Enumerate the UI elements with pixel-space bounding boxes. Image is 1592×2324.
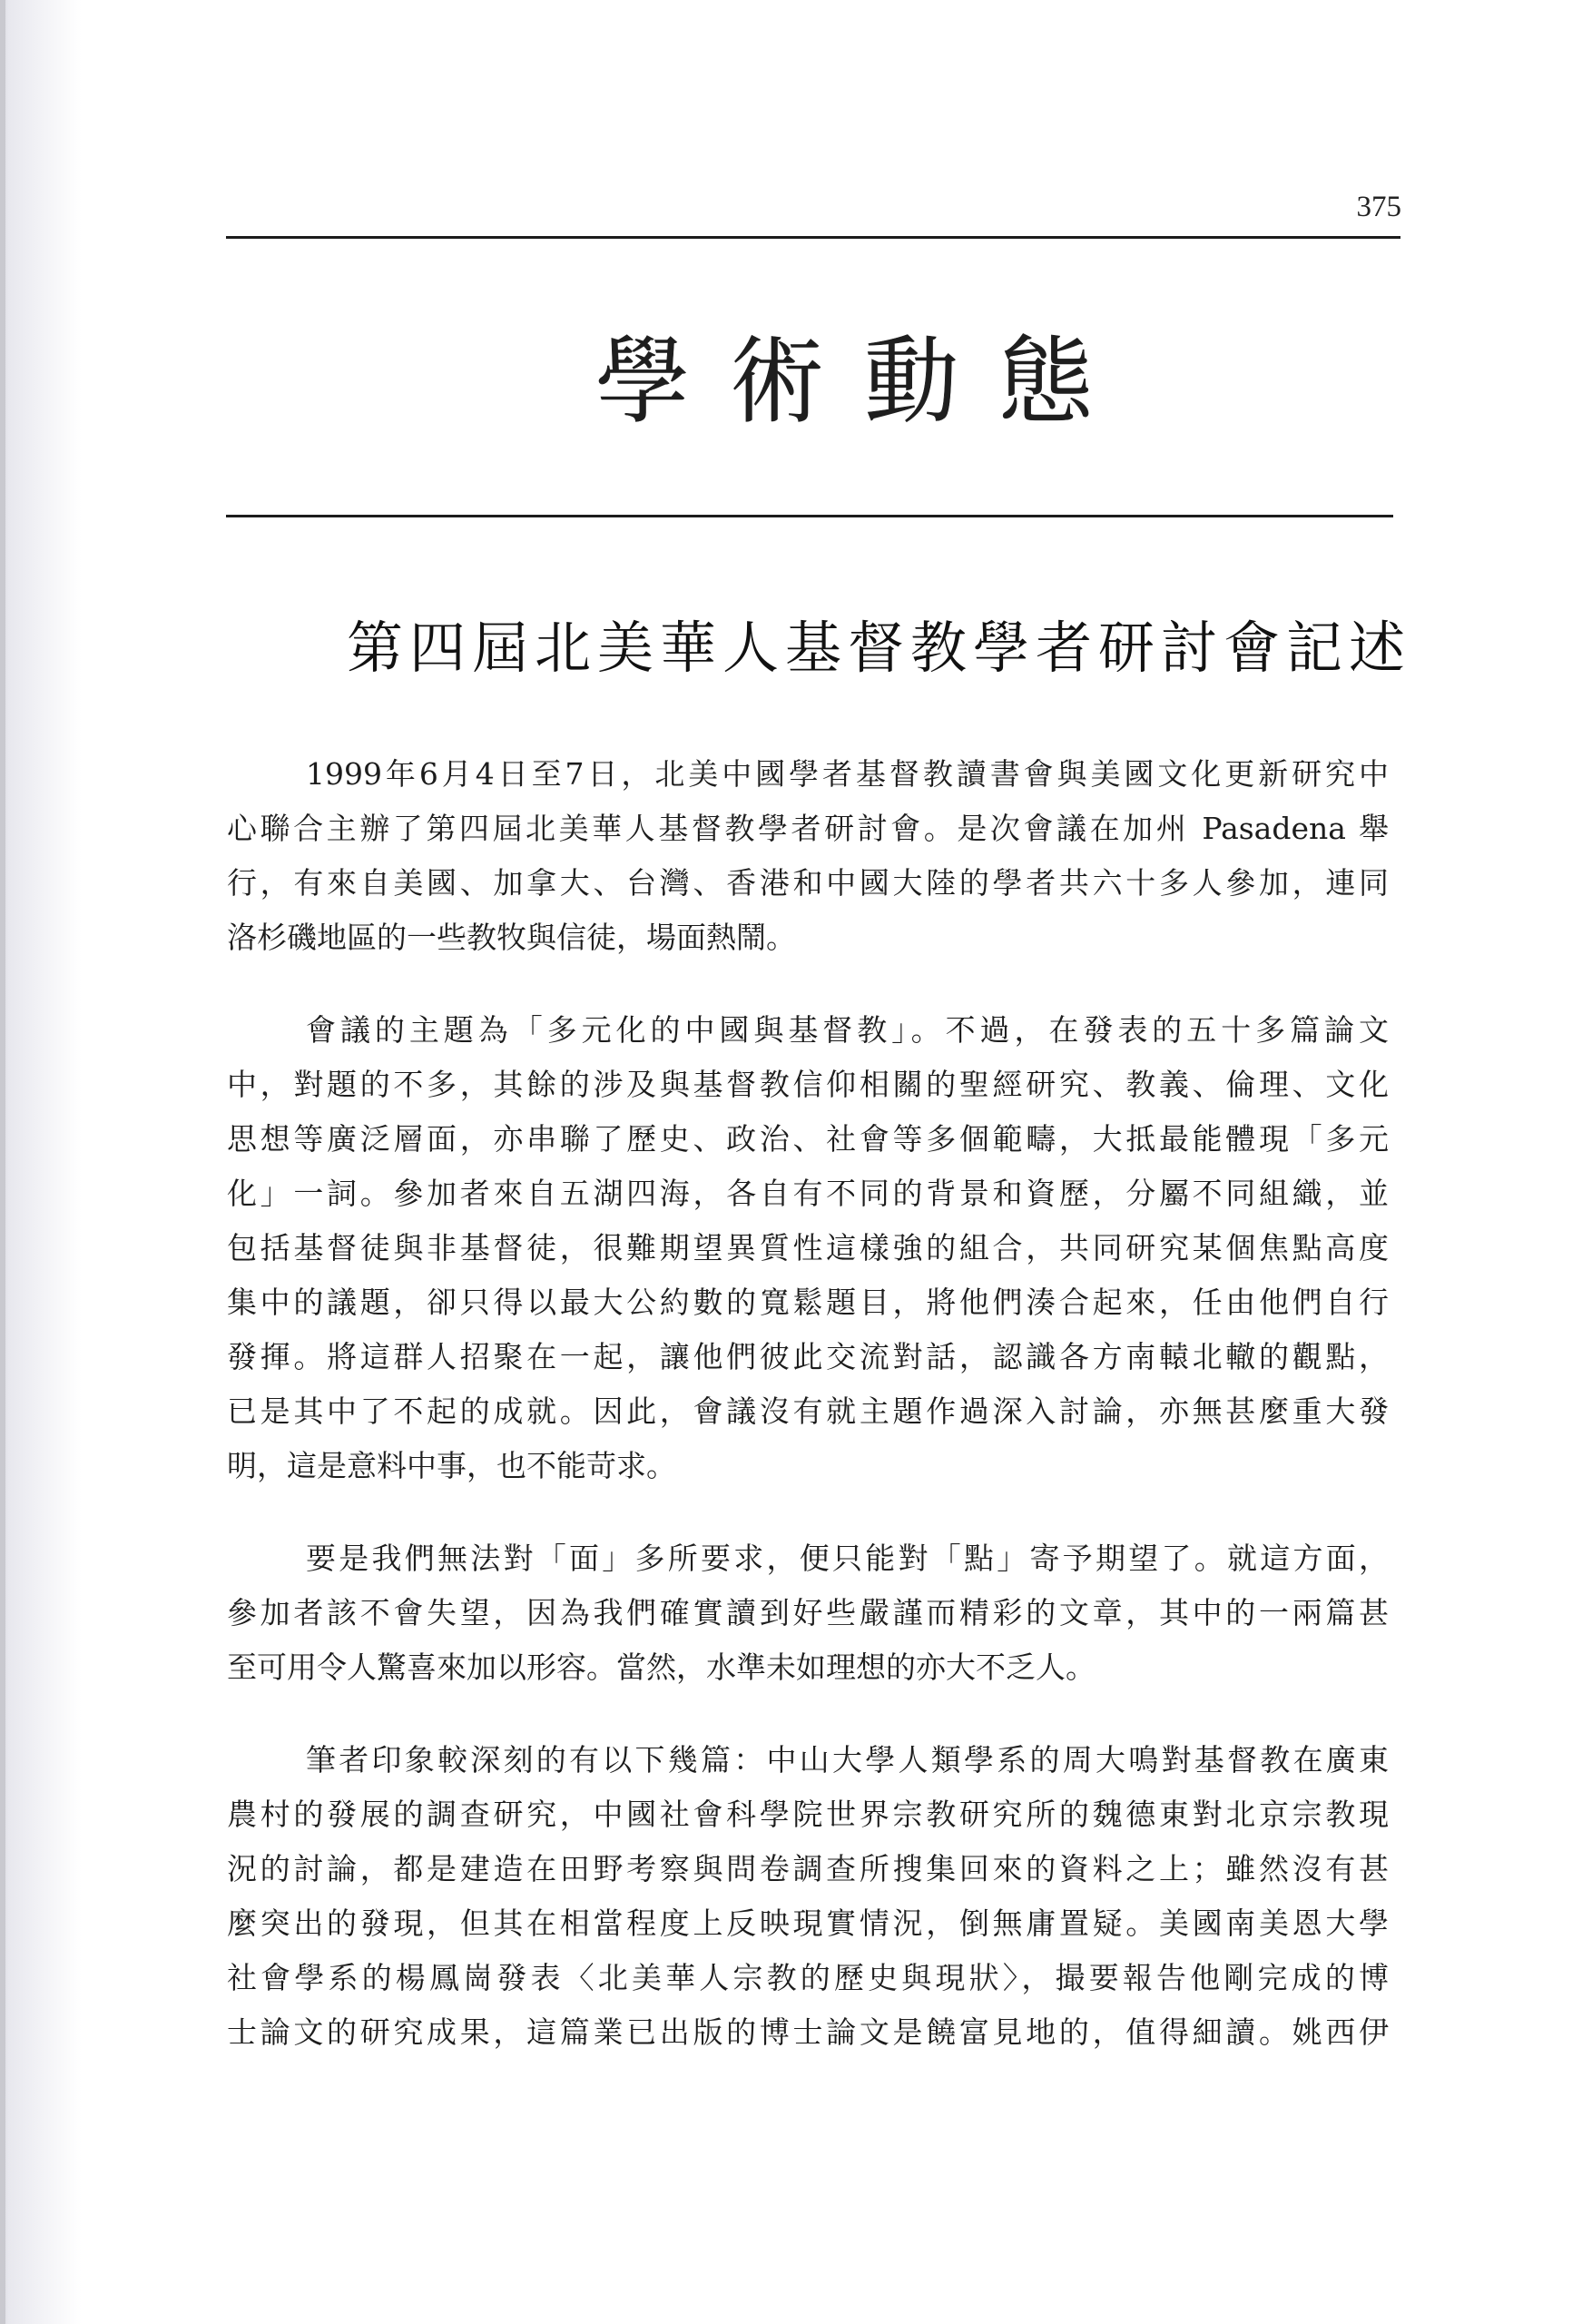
paragraph-3: 要是我們無法對「面」多所要求，便只能對「點」寄予期望了。就這方面， 參加者該不會… (227, 1531, 1389, 1695)
paragraph-line: 會議的主題為「多元化的中國與基督教」。不過，在發表的五十多篇論文 (227, 1003, 1389, 1058)
paragraph-line: 況的討論，都是建造在田野考察與問卷調查所搜集回來的資料之上；雖然沒有甚 (227, 1842, 1389, 1896)
paragraph-1: 1999年6月4日至7日，北美中國學者基督教讀書會與美國文化更新研究中 心聯合主… (227, 747, 1389, 965)
page-number: 375 (1334, 189, 1401, 225)
paragraph-line: 要是我們無法對「面」多所要求，便只能對「點」寄予期望了。就這方面， (227, 1531, 1389, 1586)
paragraph-line: 洛杉磯地區的一些教牧與信徒，場面熱鬧。 (227, 911, 1389, 965)
article-title: 第四屆北美華人基督教學者研討會記述 (347, 614, 1381, 683)
paragraph-line: 士論文的研究成果，這篇業已出版的博士論文是饒富見地的，值得細讀。姚西伊 (227, 2005, 1389, 2060)
paragraph-line: 至可用令人驚喜來加以形容。當然，水準未如理想的亦大不乏人。 (227, 1640, 1389, 1695)
header-rule-bottom (226, 515, 1393, 517)
header-rule-top (226, 236, 1400, 239)
paragraph-line: 中，對題的不多，其餘的涉及與基督教信仰相關的聖經研究、教義、倫理、文化 (227, 1058, 1389, 1112)
paragraph-line: 思想等廣泛層面，亦串聯了歷史、政治、社會等多個範疇，大抵最能體現「多元 (227, 1112, 1389, 1167)
paragraph-line: 化」一詞。參加者來自五湖四海，各自有不同的背景和資歷，分屬不同組織，並 (227, 1167, 1389, 1221)
paragraph-line: 心聯合主辦了第四屆北美華人基督教學者研討會。是次會議在加州 Pasadena 舉 (227, 802, 1389, 856)
paragraph-line: 筆者印象較深刻的有以下幾篇：中山大學人類學系的周大鳴對基督教在廣東 (227, 1733, 1389, 1787)
paragraph-2: 會議的主題為「多元化的中國與基督教」。不過，在發表的五十多篇論文 中，對題的不多… (227, 1003, 1389, 1493)
section-title: 學術動態 (0, 322, 1592, 440)
paragraph-line: 發揮。將這群人招聚在一起，讓他們彼此交流對話，認識各方南轅北轍的觀點， (227, 1330, 1389, 1384)
paragraph-line: 集中的議題，卻只得以最大公約數的寬鬆題目，將他們湊合起來，任由他們自行 (227, 1275, 1389, 1330)
paragraph-line: 包括基督徒與非基督徒，很難期望異質性這樣強的組合，共同研究某個焦點高度 (227, 1221, 1389, 1275)
paragraph-line: 農村的發展的調查研究，中國社會科學院世界宗教研究所的魏德東對北京宗教現 (227, 1787, 1389, 1842)
paragraph-line: 明，這是意料中事，也不能苛求。 (227, 1439, 1389, 1493)
paragraph-4: 筆者印象較深刻的有以下幾篇：中山大學人類學系的周大鳴對基督教在廣東 農村的發展的… (227, 1733, 1389, 2060)
paragraph-line: 參加者該不會失望，因為我們確實讀到好些嚴謹而精彩的文章，其中的一兩篇甚 (227, 1586, 1389, 1640)
paragraph-line: 麼突出的發現，但其在相當程度上反映現實情況，倒無庸置疑。美國南美恩大學 (227, 1896, 1389, 1951)
paragraph-line: 社會學系的楊鳳崗發表〈北美華人宗教的歷史與現狀〉，撮要報告他剛完成的博 (227, 1951, 1389, 2005)
paragraph-line: 1999年6月4日至7日，北美中國學者基督教讀書會與美國文化更新研究中 (227, 747, 1389, 802)
paragraph-line: 已是其中了不起的成就。因此，會議沒有就主題作過深入討論，亦無甚麼重大發 (227, 1384, 1389, 1439)
article-body: 1999年6月4日至7日，北美中國學者基督教讀書會與美國文化更新研究中 心聯合主… (227, 747, 1389, 2098)
paragraph-line: 行，有來自美國、加拿大、台灣、香港和中國大陸的學者共六十多人參加，連同 (227, 856, 1389, 911)
